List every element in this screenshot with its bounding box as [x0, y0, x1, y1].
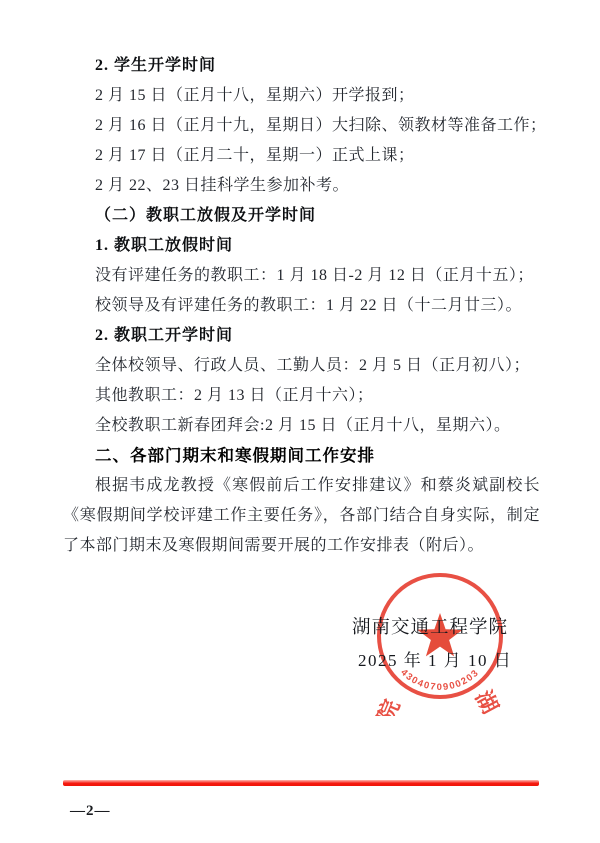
- signature-date: 2025 年 1 月 10 日: [358, 646, 512, 671]
- line-staff-with-eval: 校领导及有评建任务的教职工：1 月 22 日（十二月廿三）。: [63, 291, 540, 321]
- signature-organization: 湖南交通工程学院: [352, 613, 508, 639]
- line-staff-no-eval: 没有评建任务的教职工：1 月 18 日-2 月 12 日（正月十五）；: [63, 261, 540, 291]
- document-page: 2. 学生开学时间 2 月 15 日（正月十八，星期六）开学报到； 2 月 16…: [0, 0, 600, 843]
- heading-staff-start-time: 2. 教职工开学时间: [63, 321, 540, 351]
- heading-student-start-time: 2. 学生开学时间: [63, 51, 540, 81]
- line-other-staff-feb13: 其他教职工：2 月 13 日（正月十六）；: [63, 381, 540, 411]
- footer-red-rule: [63, 780, 539, 786]
- closing-paragraph: 根据韦成龙教授《寒假前后工作安排建议》和蔡炎斌副校长《寒假期间学校评建工作主要任…: [63, 471, 540, 561]
- line-leaders-feb5: 全体校领导、行政人员、工勤人员：2 月 5 日（正月初八）；: [63, 351, 540, 381]
- line-makeup-exams: 2 月 22、23 日挂科学生参加补考。: [63, 171, 540, 201]
- heading-department-arrangements: 二、各部门期末和寒假期间工作安排: [63, 441, 540, 471]
- line-feb16-cleanup: 2 月 16 日（正月十九，星期日）大扫除、领教材等准备工作；: [63, 111, 540, 141]
- heading-staff-holiday-time: 1. 教职工放假时间: [63, 231, 540, 261]
- document-body: 2. 学生开学时间 2 月 15 日（正月十八，星期六）开学报到； 2 月 16…: [63, 51, 540, 561]
- line-spring-gathering: 全校教职工新春团拜会:2 月 15 日（正月十八，星期六）。: [63, 411, 540, 441]
- heading-staff-holiday-section: （二）教职工放假及开学时间: [63, 201, 540, 231]
- line-feb17-classes: 2 月 17 日（正月二十，星期一）正式上课；: [63, 141, 540, 171]
- line-feb15-report: 2 月 15 日（正月十八，星期六）开学报到；: [63, 81, 540, 111]
- page-number: —2—: [70, 803, 111, 820]
